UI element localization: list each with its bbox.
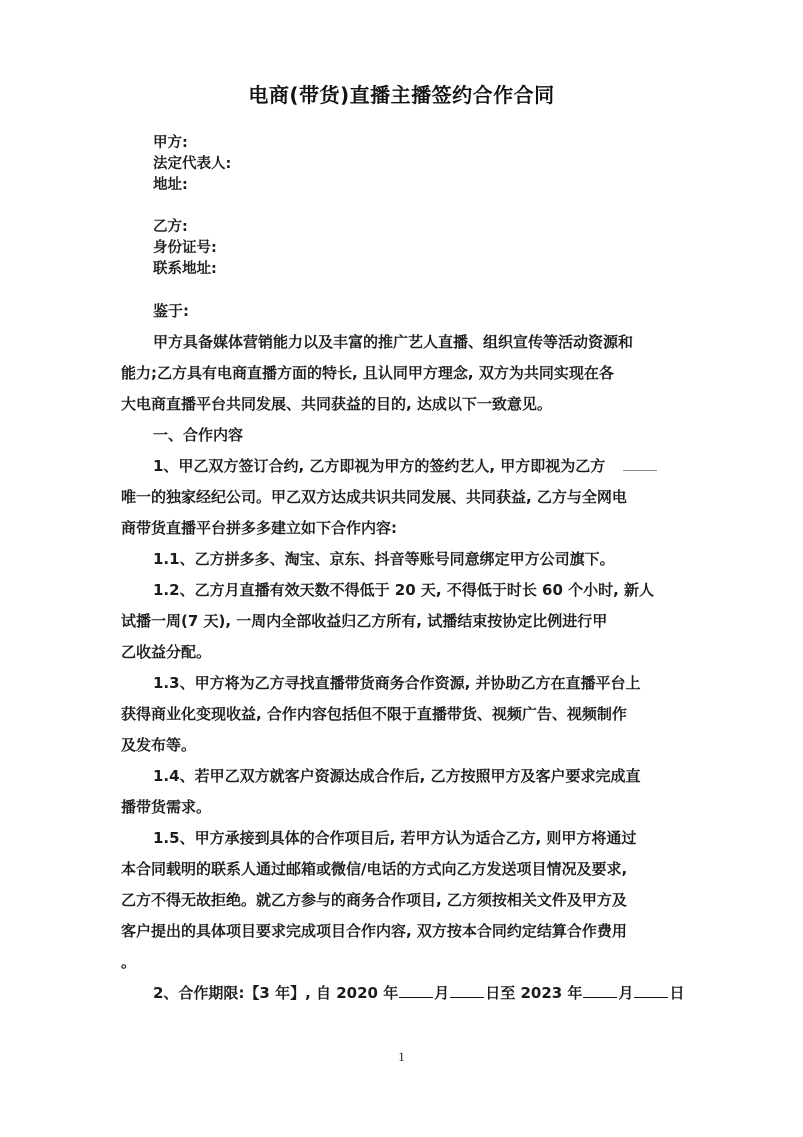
whereas-paragraph: 甲方具备媒体营销能力以及丰富的推广艺人直播、组织宣传等活动资源和 能力;乙方具有… — [121, 327, 669, 420]
clause-1-line-0: 1、甲乙双方签订合约, 乙方即视为甲方的签约艺人, 甲方即视为乙方 — [153, 457, 605, 475]
clause-line: 及发布等。 — [121, 730, 669, 761]
party-a-address-label: 地址: — [153, 175, 231, 196]
page-number: 1 — [0, 1049, 803, 1065]
contract-body: 鉴于: 甲方具备媒体营销能力以及丰富的推广艺人直播、组织宣传等活动资源和 能力;… — [121, 296, 669, 1009]
party-b-label: 乙方: — [153, 217, 217, 238]
clause-line: 乙收益分配。 — [121, 637, 669, 668]
party-a-label: 甲方: — [153, 133, 231, 154]
clause-line: 获得商业化变现收益, 合作内容包括但不限于直播带货、视频广告、视频制作 — [121, 699, 669, 730]
clause-line: 客户提出的具体项目要求完成项目合作内容, 双方按本合同约定结算合作费用 — [121, 916, 669, 947]
document-page: 电商(带货)直播主播签约合作合同 甲方: 法定代表人: 地址: 乙方: 身份证号… — [0, 0, 803, 1137]
clause-2: 2、合作期限:【3 年】, 自 2020 年月日至 2023 年月日 — [121, 978, 669, 1009]
whereas-line: 大电商直播平台共同发展、共同获益的目的, 达成以下一致意见。 — [121, 389, 669, 420]
clause-1-2: 1.2、乙方月直播有效天数不得低于 20 天, 不得低于时长 60 个小时, 新… — [121, 575, 669, 668]
clause-1-5: 1.5、甲方承接到具体的合作项目后, 若甲方认为适合乙方, 则甲方将通过 本合同… — [121, 823, 669, 978]
clause-line: 1.4、若甲乙双方就客户资源达成合作后, 乙方按照甲方及客户要求完成直 — [121, 761, 669, 792]
whereas-line: 能力;乙方具有电商直播方面的特长, 且认同甲方理念, 双方为共同实现在各 — [121, 358, 669, 389]
end-month-blank — [583, 983, 617, 998]
start-month-blank — [399, 983, 433, 998]
cooperation-term-line: 2、合作期限:【3 年】, 自 2020 年月日至 2023 年月日 — [121, 978, 669, 1009]
clause-1-4: 1.4、若甲乙双方就客户资源达成合作后, 乙方按照甲方及客户要求完成直 播带货需… — [121, 761, 669, 823]
clause-1: 1、甲乙双方签订合约, 乙方即视为甲方的签约艺人, 甲方即视为乙方 唯一的独家经… — [121, 451, 669, 544]
whereas-label: 鉴于: — [121, 296, 669, 327]
whereas-line: 甲方具备媒体营销能力以及丰富的推广艺人直播、组织宣传等活动资源和 — [121, 327, 669, 358]
clause-1-3: 1.3、甲方将为乙方寻找直播带货商务合作资源, 并协助乙方在直播平台上 获得商业… — [121, 668, 669, 761]
contract-title: 电商(带货)直播主播签约合作合同 — [0, 79, 803, 108]
clause-line: 本合同载明的联系人通过邮箱或微信/电话的方式向乙方发送项目情况及要求, — [121, 854, 669, 885]
start-day-blank — [450, 983, 484, 998]
section-1-heading: 一、合作内容 — [121, 420, 669, 451]
id-number-label: 身份证号: — [153, 238, 217, 259]
party-b-fields: 乙方: 身份证号: 联系地址: — [153, 217, 217, 280]
clause-line: 唯一的独家经纪公司。甲乙双方达成共识共同发展、共同获益, 乙方与全网电 — [121, 482, 669, 513]
party-a-fields: 甲方: 法定代表人: 地址: — [153, 133, 231, 196]
fill-in-blank — [623, 456, 657, 471]
day-label: 日 — [669, 984, 684, 1002]
clause-line: 。 — [121, 947, 669, 978]
clause-line: 乙方不得无故拒绝。就乙方参与的商务合作项目, 乙方须按相关文件及甲方及 — [121, 885, 669, 916]
clause-line: 1、甲乙双方签订合约, 乙方即视为甲方的签约艺人, 甲方即视为乙方 — [121, 451, 669, 482]
month-label: 月 — [618, 984, 633, 1002]
clause-1-1: 1.1、乙方拼多多、淘宝、京东、抖音等账号同意绑定甲方公司旗下。 — [121, 544, 669, 575]
term-prefix: 2、合作期限:【3 年】, 自 2020 年 — [153, 984, 398, 1002]
month-label: 月 — [434, 984, 449, 1002]
contact-address-label: 联系地址: — [153, 259, 217, 280]
day-to-label: 日至 2023 年 — [485, 984, 582, 1002]
clause-line: 播带货需求。 — [121, 792, 669, 823]
clause-line: 1.3、甲方将为乙方寻找直播带货商务合作资源, 并协助乙方在直播平台上 — [121, 668, 669, 699]
clause-line: 1.5、甲方承接到具体的合作项目后, 若甲方认为适合乙方, 则甲方将通过 — [121, 823, 669, 854]
clause-line: 商带货直播平台拼多多建立如下合作内容: — [121, 513, 669, 544]
clause-line: 1.1、乙方拼多多、淘宝、京东、抖音等账号同意绑定甲方公司旗下。 — [121, 544, 669, 575]
clause-line: 试播一周(7 天), 一周内全部收益归乙方所有, 试播结束按协定比例进行甲 — [121, 606, 669, 637]
legal-representative-label: 法定代表人: — [153, 154, 231, 175]
clause-line: 1.2、乙方月直播有效天数不得低于 20 天, 不得低于时长 60 个小时, 新… — [121, 575, 669, 606]
end-day-blank — [634, 983, 668, 998]
